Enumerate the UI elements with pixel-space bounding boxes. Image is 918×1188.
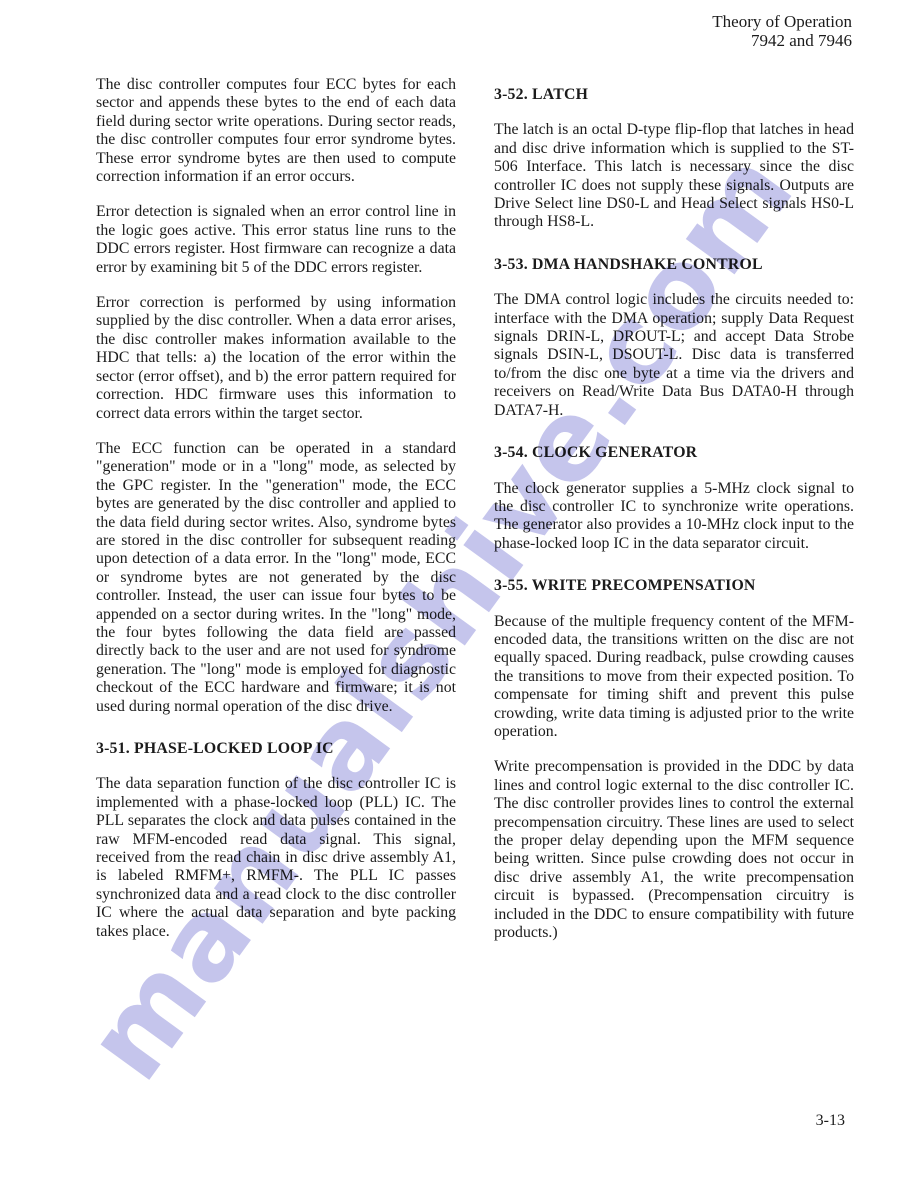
left-column: The disc controller computes four ECC by… — [96, 76, 456, 958]
page-number: 3-13 — [816, 1112, 845, 1130]
page-header: Theory of Operation 7942 and 7946 — [712, 12, 852, 50]
section-heading-3-51: 3-51. PHASE-LOCKED LOOP IC — [96, 740, 456, 758]
paragraph-error-detection: Error detection is signaled when an erro… — [96, 203, 456, 277]
paragraph-error-correction: Error correction is performed by using i… — [96, 294, 456, 423]
paragraph-clock-generator: The clock generator supplies a 5-MHz clo… — [494, 480, 854, 554]
header-title: Theory of Operation — [712, 12, 852, 31]
header-model-numbers: 7942 and 7946 — [712, 31, 852, 50]
section-heading-3-52: 3-52. LATCH — [494, 86, 854, 104]
section-heading-3-53: 3-53. DMA HANDSHAKE CONTROL — [494, 256, 854, 274]
paragraph-pulse-crowding: Because of the multiple frequency conten… — [494, 613, 854, 742]
paragraph-pll: The data separation function of the disc… — [96, 775, 456, 941]
section-heading-3-55: 3-55. WRITE PRECOMPENSATION — [494, 577, 854, 595]
section-heading-3-54: 3-54. CLOCK GENERATOR — [494, 444, 854, 462]
paragraph-ecc-bytes: The disc controller computes four ECC by… — [96, 76, 456, 186]
paragraph-ecc-function: The ECC function can be operated in a st… — [96, 440, 456, 716]
paragraph-dma-handshake: The DMA control logic includes the circu… — [494, 291, 854, 420]
paragraph-write-precompensation: Write precompensation is provided in the… — [494, 758, 854, 942]
paragraph-latch: The latch is an octal D-type flip-flop t… — [494, 121, 854, 231]
right-column: 3-52. LATCH The latch is an octal D-type… — [494, 80, 854, 959]
manual-page: Theory of Operation 7942 and 7946 manual… — [0, 0, 918, 1188]
